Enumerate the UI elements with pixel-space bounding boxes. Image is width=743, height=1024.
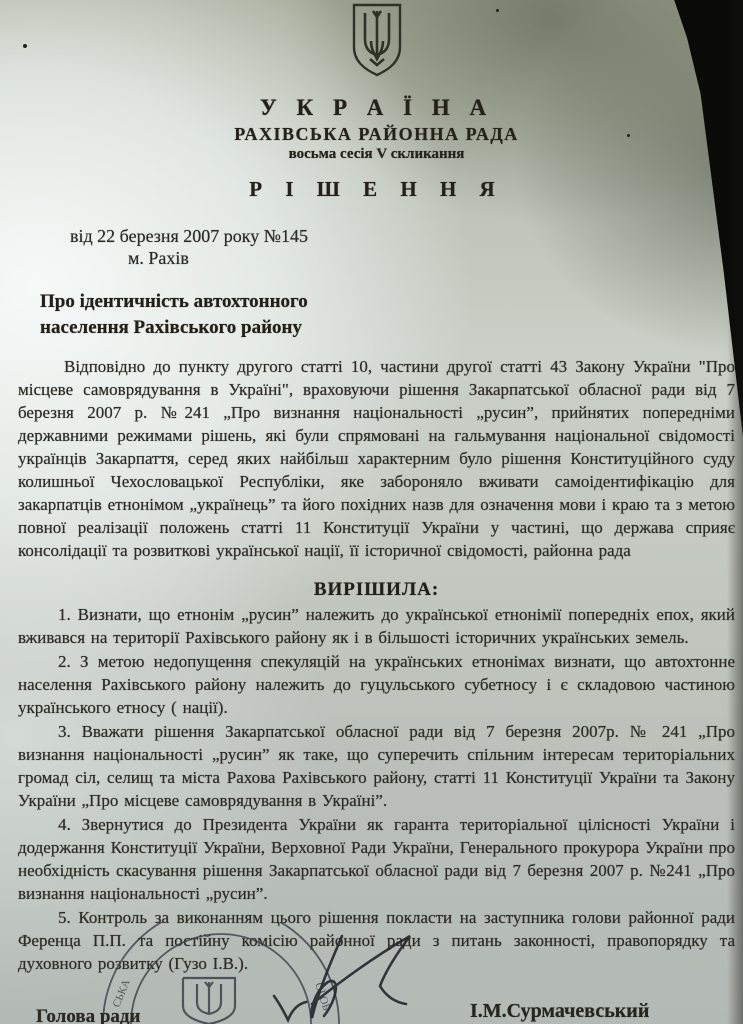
country-title: У К Р А Ї Н А — [18, 95, 735, 121]
stamp-arc-text-left: СЬКА — [111, 978, 133, 1009]
resolution-item-2: 2. З метою недопущення спекуляцій на укр… — [18, 650, 735, 719]
stamp-arc-text-right: ОЇ ОБ — [312, 981, 332, 1012]
session-line: восьма сесія V скликання — [18, 146, 735, 163]
signer-name: І.М.Сурмачевський — [470, 1000, 649, 1023]
ukraine-trident-icon — [350, 3, 404, 77]
subject-line-1: Про ідентичність автохтонного — [40, 289, 735, 315]
resolution-item-3: 3. Вважати рішення Закарпатської обласно… — [18, 720, 735, 812]
subject-line-2: населення Рахівського району — [40, 315, 735, 341]
council-name: РАХІВСЬКА РАЙОННА РАДА — [18, 124, 735, 145]
resolution-item-1: 1. Визнати, що етнонім „русин” належить … — [18, 603, 735, 649]
resolved-heading: ВИРІШИЛА: — [18, 579, 735, 601]
resolution-item-5: 5. Контроль за виконанням цього рішення … — [18, 906, 735, 975]
subject-title: Про ідентичність автохтонного населення … — [40, 289, 735, 341]
resolution-item-4: 4. Звернутися до Президента України як г… — [18, 813, 735, 905]
preamble-paragraph: Відповідно до пункту другого статті 10, … — [18, 355, 735, 562]
document-type-title: Р І Ш Е Н Н Я — [18, 177, 735, 202]
signer-role: Голова ради — [36, 1006, 141, 1024]
date-number-line: від 22 березня 2007 року №145 — [70, 226, 735, 247]
document-photo: У К Р А Ї Н А РАХІВСЬКА РАЙОННА РАДА вос… — [0, 0, 743, 1024]
document-content: У К Р А Ї Н А РАХІВСЬКА РАЙОННА РАДА вос… — [0, 0, 743, 976]
place-line: м. Рахів — [128, 248, 735, 269]
